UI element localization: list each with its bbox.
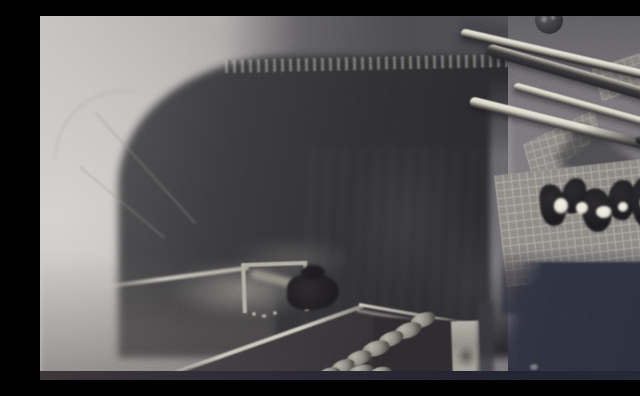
surveillance-photo — [40, 16, 640, 380]
vignette — [40, 16, 640, 380]
